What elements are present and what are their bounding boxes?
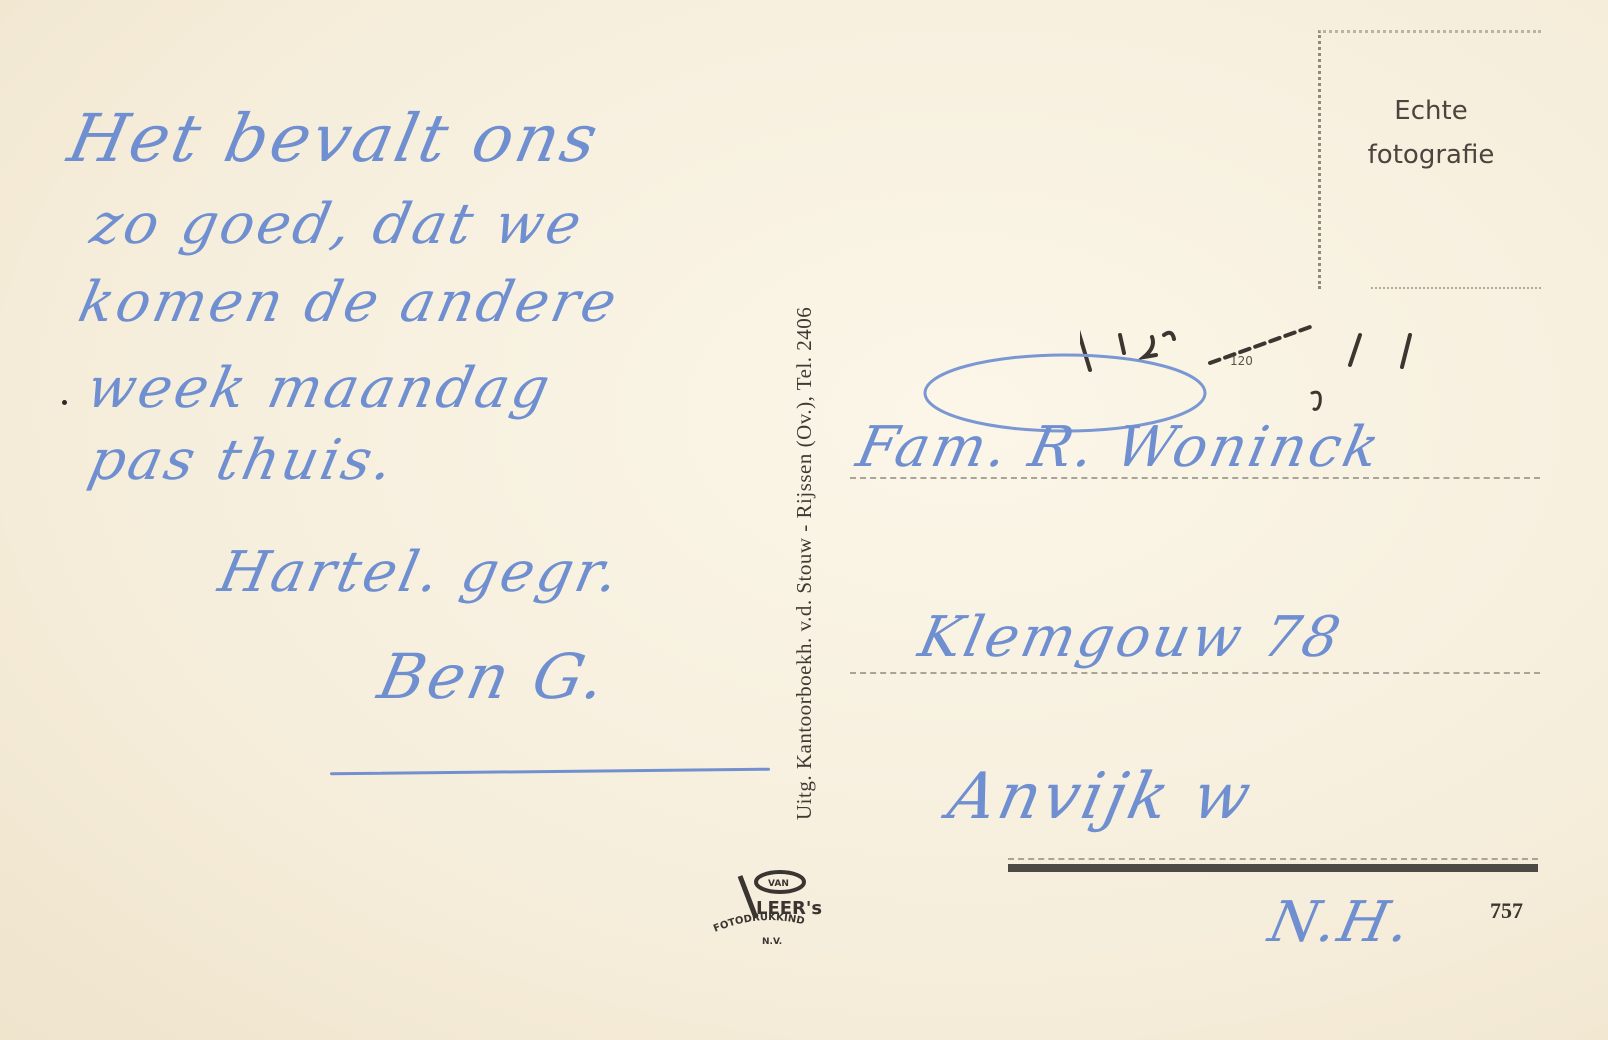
message-signature: Ben G. <box>372 640 614 713</box>
address-line-2: Klemgouw 78 <box>913 605 1348 670</box>
message-line-5: pas thuis. <box>83 428 402 493</box>
message-line-4: week maandag <box>81 356 558 421</box>
address-line-3: Anvijk w <box>942 760 1260 834</box>
printer-logo-icon: VAN LEER's FOTODRUKKIND N.V. <box>710 868 830 948</box>
svg-text:N.V.: N.V. <box>762 937 782 947</box>
address-line-1: Fam. R. Woninck <box>851 415 1388 480</box>
svg-text:FOTODRUKKIND: FOTODRUKKIND <box>712 912 806 935</box>
message-line-1: Het bevalt ons <box>62 100 607 177</box>
card-number: 757 <box>1490 898 1523 924</box>
signature-underline <box>330 768 770 776</box>
publisher-imprint: Uitg. Kantoorboekh. v.d. Stouw - Rijssen… <box>792 307 817 820</box>
postcard-back: Het bevalt ons zo goed, dat we komen de … <box>0 0 1608 1040</box>
message-closing: Hartel. gegr. <box>213 540 627 605</box>
svg-text:VAN: VAN <box>768 879 789 889</box>
stamp-box-line-1: Echte <box>1321 89 1541 133</box>
message-line-3: komen de andere <box>73 270 625 335</box>
address-line-2-rule <box>850 672 1540 674</box>
stamp-box: Echte fotografie <box>1318 30 1541 289</box>
address-thick-rule <box>1008 864 1538 872</box>
ink-dot <box>62 400 67 405</box>
address-region: N.H. <box>1263 890 1419 955</box>
stamp-box-bottom-border <box>1371 287 1541 289</box>
stamp-box-line-2: fotografie <box>1321 133 1541 177</box>
address-line-3-rule <box>1008 858 1538 860</box>
svg-text:120: 120 <box>1230 354 1253 368</box>
message-line-2: zo goed, dat we <box>85 192 590 257</box>
printer-logo: VAN LEER's FOTODRUKKIND N.V. <box>710 868 830 948</box>
